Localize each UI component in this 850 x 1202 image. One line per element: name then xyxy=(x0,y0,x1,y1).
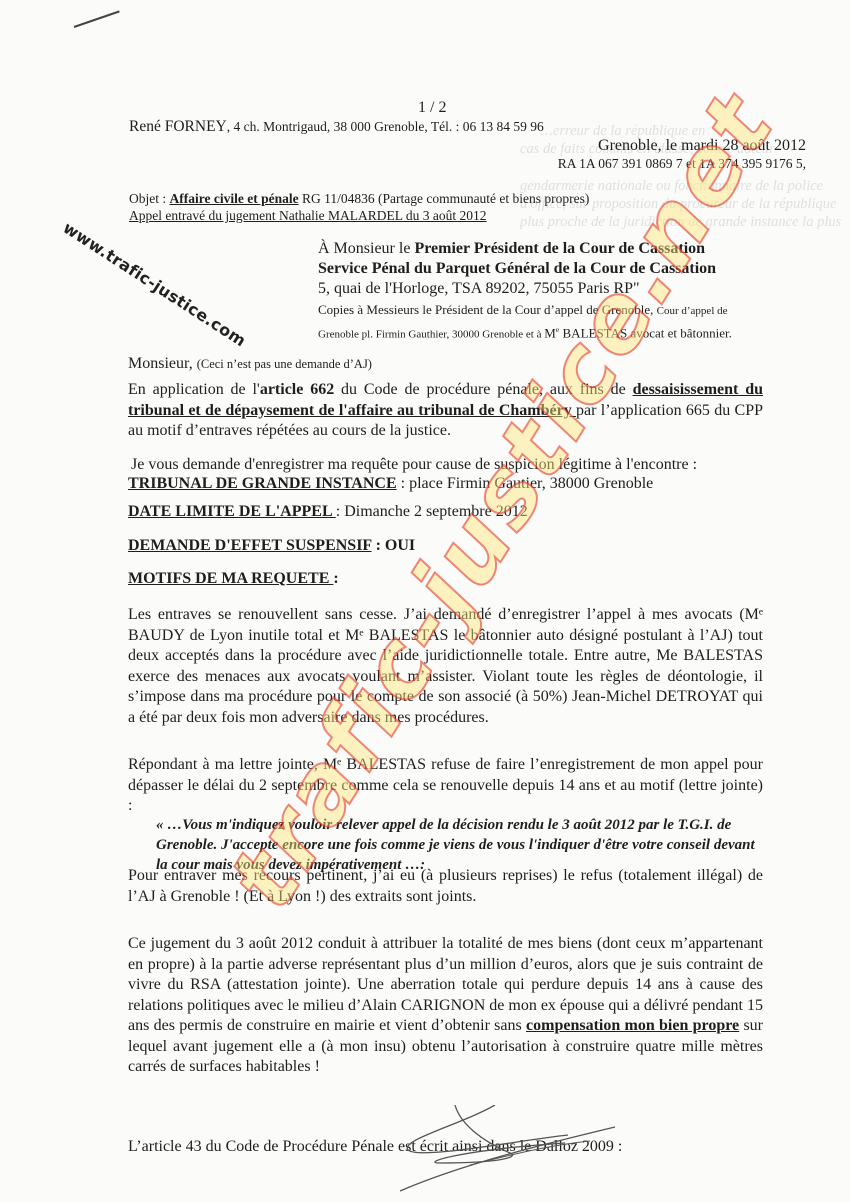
salutation: Monsieur, (Ceci n’est pas une demande d’… xyxy=(128,354,763,375)
motifs-heading: MOTIFS DE MA REQUETE : xyxy=(128,570,339,588)
objet-block: Objet : Affaire civile et pénale RG 11/0… xyxy=(129,190,589,224)
request-line: Je vous demande d'enregistrer ma requête… xyxy=(131,456,697,474)
document-page: …erreur de la république en cas de faits… xyxy=(0,0,850,1202)
pen-mark xyxy=(74,10,120,28)
date-limite-line: DATE LIMITE DE L'APPEL : Dimanche 2 sept… xyxy=(128,503,528,521)
paragraph-entraves: Les entraves se renouvellent sans cesse.… xyxy=(128,605,763,728)
addressee-service: Service Pénal du Parquet Général de la C… xyxy=(318,259,732,279)
effet-suspensif-line: DEMANDE D'EFFET SUSPENSIF : OUI xyxy=(128,537,415,555)
page-number: 1 / 2 xyxy=(418,99,446,117)
watermark-trafic-justice-com: www.trafic-justice.com xyxy=(60,218,250,350)
paragraph-repondant: Répondant à ma lettre jointe, Mᵉ BALESTA… xyxy=(128,755,763,817)
objet-subject-rest: RG 11/04836 (Partage communauté et biens… xyxy=(299,191,590,206)
objet-subject: Affaire civile et pénale xyxy=(170,191,299,206)
addressee-title: Premier Président de la Cour de Cassatio… xyxy=(414,240,705,257)
paragraph-entraver: Pour entraver mes recours pertinent, j’a… xyxy=(128,866,763,907)
addressee-address: 5, quai de l'Horloge, TSA 89202, 75055 P… xyxy=(318,279,732,299)
sender-line: René FORNEY, 4 ch. Montrigaud, 38 000 Gr… xyxy=(129,118,544,136)
signature xyxy=(400,1105,620,1200)
copies-line-2: Grenoble pl. Firmin Gauthier, 30000 Gren… xyxy=(318,319,732,345)
paragraph-application: En application de l'article 662 du Code … xyxy=(128,380,763,442)
paragraph-jugement: Ce jugement du 3 août 2012 conduit à att… xyxy=(128,934,763,1078)
tribunal-line: TRIBUNAL DE GRANDE INSTANCE : place Firm… xyxy=(128,475,653,493)
objet-label: Objet : xyxy=(129,191,170,206)
sender-details: , 4 ch. Montrigaud, 38 000 Grenoble, Tél… xyxy=(227,119,544,134)
date-line: Grenoble, le mardi 28 août 2012 xyxy=(598,137,806,155)
objet-line2: Appel entravé du jugement Nathalie MALAR… xyxy=(129,207,589,224)
ra-reference: RA 1A 067 391 0869 7 et 1A 374 395 9176 … xyxy=(558,156,806,172)
addressee-prefix: À Monsieur le xyxy=(318,240,414,257)
sender-name: René FORNEY xyxy=(129,118,227,135)
addressee-block: À Monsieur le Premier Président de la Co… xyxy=(318,239,732,345)
